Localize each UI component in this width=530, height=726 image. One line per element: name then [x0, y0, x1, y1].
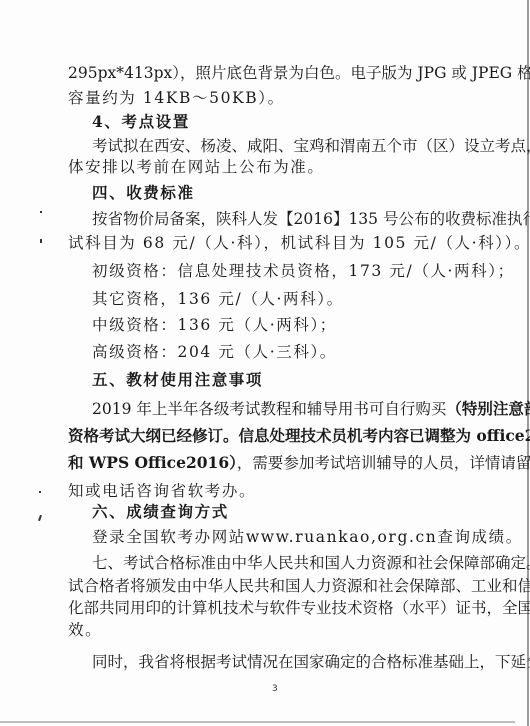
text-plain: 2019 年上半年各级考试教程和辅导用书可自行购买 — [92, 400, 446, 418]
paragraph-line: 试科目为 68 元/（人·科），机试科目为 105 元/（人·科））。具体为： — [68, 233, 478, 253]
paragraph-line: 按省物价局备案，陕科人发【2016】135 号公布的收费标准执行（笔 — [92, 209, 478, 229]
paragraph-line: 容量约为 14KB～50KB）。 — [68, 88, 478, 108]
page-number: 3 — [272, 684, 278, 694]
paragraph-line: 七、考试合格标准由中华人民共和国人力资源和社会保障部确定。考 — [92, 553, 478, 573]
scan-mark — [40, 239, 42, 243]
paragraph-line: 体安排以考前在网站上公布为准。 — [68, 157, 478, 177]
section-heading: 四、收费标准 — [92, 183, 478, 203]
section-heading: 五、教材使用注意事项 — [92, 370, 478, 390]
text-bold: 资格考试大纲已经修订。信息处理技术员机考内容已调整为 office2010 — [68, 426, 530, 445]
paragraph-line: 化部共同用印的计算机技术与软件专业技术资格（水平）证书，全国有 — [68, 598, 478, 618]
paragraph-line: 高级资格：204 元（人·三科）。 — [92, 342, 478, 362]
paragraph-line: 中级资格：136 元（人·两科）； — [92, 315, 478, 335]
page-edge-right — [527, 0, 529, 726]
paragraph-line: 登录全国软考办网站www.ruankao,org.cn查询成绩。 — [92, 527, 478, 547]
text-bold: （特别注意部分 — [446, 399, 530, 418]
paragraph-line: 效。 — [68, 620, 478, 640]
paragraph-line: 295px*413px），照片底色背景为白色。电子版为 JPG 或 JPEG 格… — [68, 63, 478, 83]
scan-mark — [39, 491, 41, 493]
paragraph-line: 同时，我省将根据考试情况在国家确定的合格标准基础上，下延分数 — [92, 652, 478, 672]
text-plain: ，需要参加考试培训辅导的人员，详情请留心网站通 — [237, 454, 530, 472]
section-heading: 4、考点设置 — [92, 112, 478, 132]
section-heading: 六、成绩查询方式 — [92, 502, 478, 522]
page-edge-bottom — [0, 721, 515, 723]
paragraph-line: 2019 年上半年各级考试教程和辅导用书可自行购买（特别注意部分 — [92, 399, 478, 419]
paragraph-line: 其它资格，136 元/（人·两科）。 — [92, 289, 478, 309]
document-page: 295px*413px），照片底色背景为白色。电子版为 JPG 或 JPEG 格… — [0, 0, 530, 726]
text-plain: 知或电话咨询省软考办。 — [68, 482, 256, 500]
scan-mark — [40, 211, 42, 213]
scan-mark — [38, 515, 42, 521]
paragraph-line: 和 WPS Office2016），需要参加考试培训辅导的人员，详情请留心网站通 — [68, 453, 478, 473]
paragraph-line: 试合格者将颁发由中华人民共和国人力资源和社会保障部、工业和信息 — [68, 576, 478, 596]
paragraph-line: 考试拟在西安、杨凌、咸阳、宝鸡和渭南五个市（区）设立考点，具 — [92, 136, 478, 156]
text-bold: 和 WPS Office2016） — [68, 453, 237, 472]
paragraph-line: 知或电话咨询省软考办。 — [68, 481, 478, 501]
paragraph-line: 资格考试大纲已经修订。信息处理技术员机考内容已调整为 office2010 — [68, 426, 478, 446]
paragraph-line: 初级资格：信息处理技术员资格，173 元/（人·两科）； — [92, 261, 478, 281]
